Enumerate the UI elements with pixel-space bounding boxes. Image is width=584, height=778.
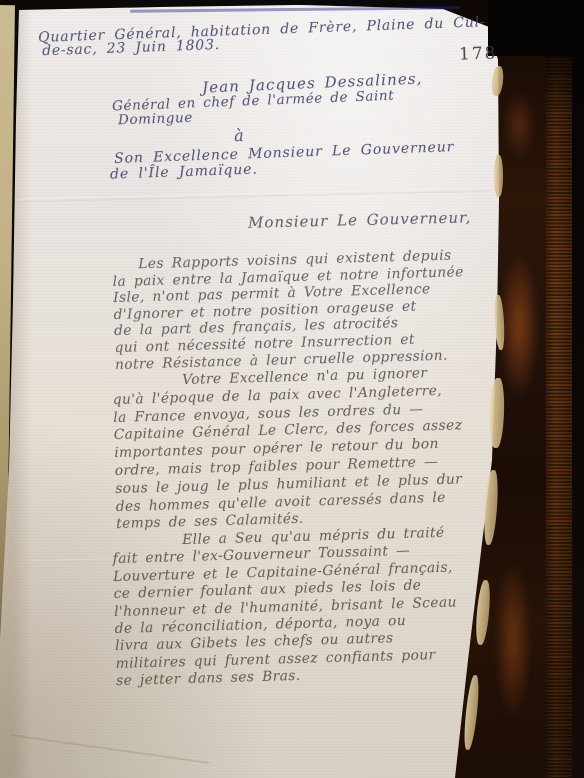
frayed-paper-fibre <box>494 155 503 197</box>
leather-texture-patch <box>498 250 540 400</box>
photographed-manuscript-book: Quartier Général, habitation de Frère, P… <box>0 0 584 778</box>
leather-texture-patch <box>502 90 536 160</box>
preposition-a: à <box>234 126 244 145</box>
sender-title-line2: Domingue <box>118 110 193 129</box>
paragraph-3: Elle a Seu qu'au mépris du traité fait e… <box>112 524 459 690</box>
paragraph-1: Les Rapports voisins qui existent depuis… <box>112 247 466 373</box>
paragraph-2: Votre Excellence n'a pu ignorer qu'à l'é… <box>112 364 465 534</box>
page-number-stamp: 178 <box>459 43 498 64</box>
background-corner <box>488 0 584 56</box>
background-shadow-strip <box>572 0 584 778</box>
leather-texture-patch <box>494 560 532 720</box>
page-fore-edge-strip <box>546 0 572 778</box>
